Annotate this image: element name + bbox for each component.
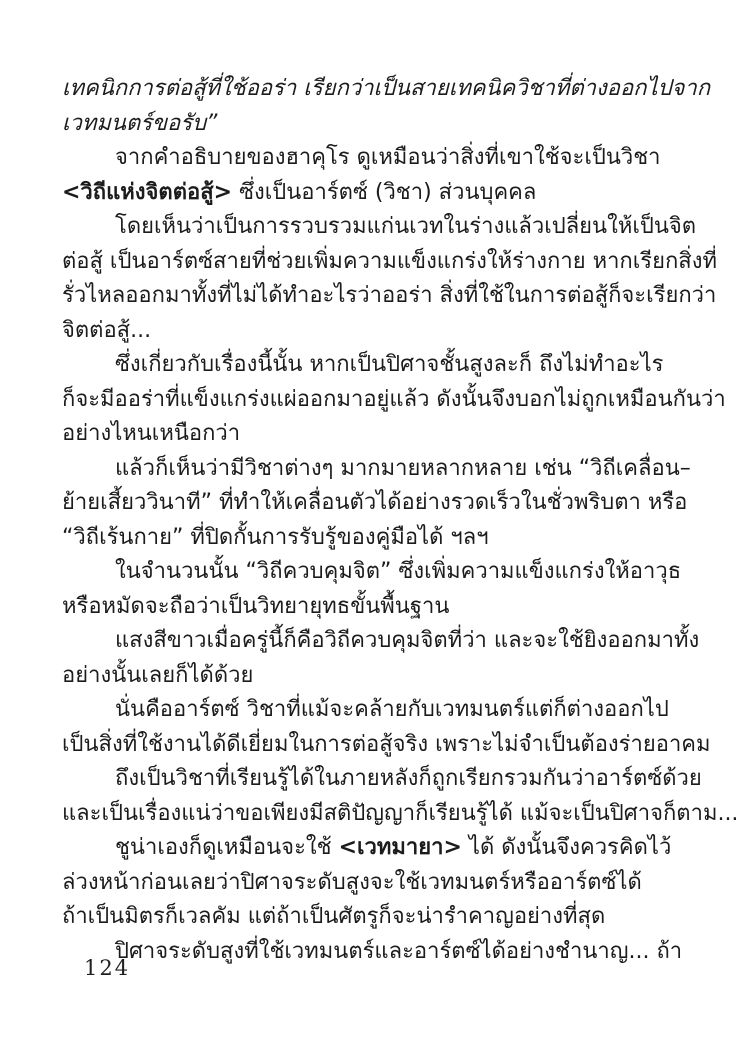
text-segment: รั่วไหลออกมาทั้งที่ไม่ได้ทำอะไรว่าออร่า … (62, 283, 716, 308)
text-line: เทคนิกการต่อสู้ที่ใช้ออร่า เรียกว่าเป็นส… (62, 72, 680, 107)
text-line: ซึ่งเกี่ยวกับเรื่องนี้นั้น หากเป็นปิศาจช… (62, 348, 680, 383)
text-segment: “วิถีเร้นกาย” ที่ปิดกั้นการรับรู้ของคู่ม… (62, 525, 489, 550)
text-line: ต่อสู้ เป็นอาร์ตซ์สายที่ช่วยเพิ่มความแข็… (62, 245, 680, 280)
text-line: <วิถีแห่งจิตต่อสู้> ซึ่งเป็นอาร์ตซ์ (วิช… (62, 176, 680, 211)
text-line: ปิศาจระดับสูงที่ใช้เวทมนตร์และอาร์ตซ์ได้… (62, 935, 680, 970)
text-line: อย่างนั้นเลยก็ได้ด้วย (62, 659, 680, 694)
text-line: จิตต่อสู้... (62, 314, 680, 349)
text-line: รั่วไหลออกมาทั้งที่ไม่ได้ทำอะไรว่าออร่า … (62, 279, 680, 314)
text-line: หรือหมัดจะถือว่าเป็นวิทยายุทธขั้นพื้นฐาน (62, 590, 680, 625)
text-line: ล่วงหน้าก่อนเลยว่าปิศาจระดับสูงจะใช้เวทม… (62, 866, 680, 901)
text-line: อย่างไหนเหนือกว่า (62, 417, 680, 452)
text-line: โดยเห็นว่าเป็นการรวบรวมแก่นเวทในร่างแล้ว… (62, 210, 680, 245)
text-line: ชูน่าเองก็ดูเหมือนจะใช้ <เวทมายา> ได้ ดั… (62, 831, 680, 866)
text-segment: ซึ่งเกี่ยวกับเรื่องนี้นั้น หากเป็นปิศาจช… (115, 352, 663, 377)
text-segment: ปิศาจระดับสูงที่ใช้เวทมนตร์และอาร์ตซ์ได้… (115, 939, 682, 964)
text-segment: โดยเห็นว่าเป็นการรวบรวมแก่นเวทในร่างแล้ว… (115, 214, 696, 239)
text-segment: แสงสีขาวเมื่อครู่นี้ก็คือวิถีควบคุมจิตที… (115, 628, 699, 653)
book-page: เทคนิกการต่อสู้ที่ใช้ออร่า เรียกว่าเป็นส… (0, 0, 738, 1051)
text-line: ก็จะมีออร่าที่แข็งแกร่งแผ่ออกมาอยู่แล้ว … (62, 383, 680, 418)
text-line: และเป็นเรื่องแน่ว่าขอเพียงมีสติปัญญาก็เร… (62, 797, 680, 832)
text-line: “วิถีเร้นกาย” ที่ปิดกั้นการรับรู้ของคู่ม… (62, 521, 680, 556)
text-segment: นั่นคืออาร์ตซ์ วิชาที่แม้จะคล้ายกับเวทมน… (115, 697, 669, 722)
text-segment: ได้ ดังนั้นจึงควรคิดไว้ (462, 835, 671, 860)
text-segment: ก็จะมีออร่าที่แข็งแกร่งแผ่ออกมาอยู่แล้ว … (62, 387, 726, 412)
text-line: ถึงเป็นวิชาที่เรียนรู้ได้ในภายหลังก็ถูกเ… (62, 762, 680, 797)
text-segment: ต่อสู้ เป็นอาร์ตซ์สายที่ช่วยเพิ่มความแข็… (62, 249, 717, 274)
text-segment: แล้วก็เห็นว่ามีวิชาต่างๆ มากมายหลากหลาย … (115, 456, 691, 481)
text-block: เทคนิกการต่อสู้ที่ใช้ออร่า เรียกว่าเป็นส… (62, 72, 680, 969)
text-segment: อย่างนั้นเลยก็ได้ด้วย (62, 663, 253, 688)
text-segment: เป็นสิ่งที่ใช้งานได้ดีเยี่ยมในการต่อสู้จ… (62, 732, 711, 757)
text-line: เวทมนตร์ขอรับ” (62, 107, 680, 142)
text-line: แล้วก็เห็นว่ามีวิชาต่างๆ มากมายหลากหลาย … (62, 452, 680, 487)
text-line: ย้ายเสี้ยววินาที” ที่ทำให้เคลื่อนตัวได้อ… (62, 486, 680, 521)
emphasized-term: <วิถีแห่งจิตต่อสู้> (62, 180, 232, 205)
text-segment: ซึ่งเป็นอาร์ตซ์ (วิชา) ส่วนบุคคล (232, 180, 536, 205)
text-segment: เวทมนตร์ขอรับ” (62, 111, 217, 136)
text-segment: ถ้าเป็นมิตรก็เวลคัม แต่ถ้าเป็นศัตรูก็จะน… (62, 904, 605, 929)
text-segment: หรือหมัดจะถือว่าเป็นวิทยายุทธขั้นพื้นฐาน (62, 594, 449, 619)
text-segment: จากคำอธิบายของฮาคุโร ดูเหมือนว่าสิ่งที่เ… (115, 145, 661, 170)
text-line: นั่นคืออาร์ตซ์ วิชาที่แม้จะคล้ายกับเวทมน… (62, 693, 680, 728)
page-number: 124 (84, 956, 130, 980)
text-line: ถ้าเป็นมิตรก็เวลคัม แต่ถ้าเป็นศัตรูก็จะน… (62, 900, 680, 935)
emphasized-term: <เวทมายา> (339, 835, 462, 860)
text-segment: ถึงเป็นวิชาที่เรียนรู้ได้ในภายหลังก็ถูกเ… (115, 766, 702, 791)
text-segment: และเป็นเรื่องแน่ว่าขอเพียงมีสติปัญญาก็เร… (62, 801, 738, 826)
text-segment: อย่างไหนเหนือกว่า (62, 421, 240, 446)
text-segment: ชูน่าเองก็ดูเหมือนจะใช้ (115, 835, 339, 860)
text-line: แสงสีขาวเมื่อครู่นี้ก็คือวิถีควบคุมจิตที… (62, 624, 680, 659)
text-line: จากคำอธิบายของฮาคุโร ดูเหมือนว่าสิ่งที่เ… (62, 141, 680, 176)
text-line: ในจำนวนนั้น “วิถีควบคุมจิต” ซึ่งเพิ่มควา… (62, 555, 680, 590)
text-line: เป็นสิ่งที่ใช้งานได้ดีเยี่ยมในการต่อสู้จ… (62, 728, 680, 763)
text-segment: ในจำนวนนั้น “วิถีควบคุมจิต” ซึ่งเพิ่มควา… (115, 559, 681, 584)
text-segment: เทคนิกการต่อสู้ที่ใช้ออร่า เรียกว่าเป็นส… (62, 76, 710, 101)
text-segment: จิตต่อสู้... (62, 318, 151, 343)
text-segment: ล่วงหน้าก่อนเลยว่าปิศาจระดับสูงจะใช้เวทม… (62, 870, 642, 895)
text-segment: ย้ายเสี้ยววินาที” ที่ทำให้เคลื่อนตัวได้อ… (62, 490, 687, 515)
